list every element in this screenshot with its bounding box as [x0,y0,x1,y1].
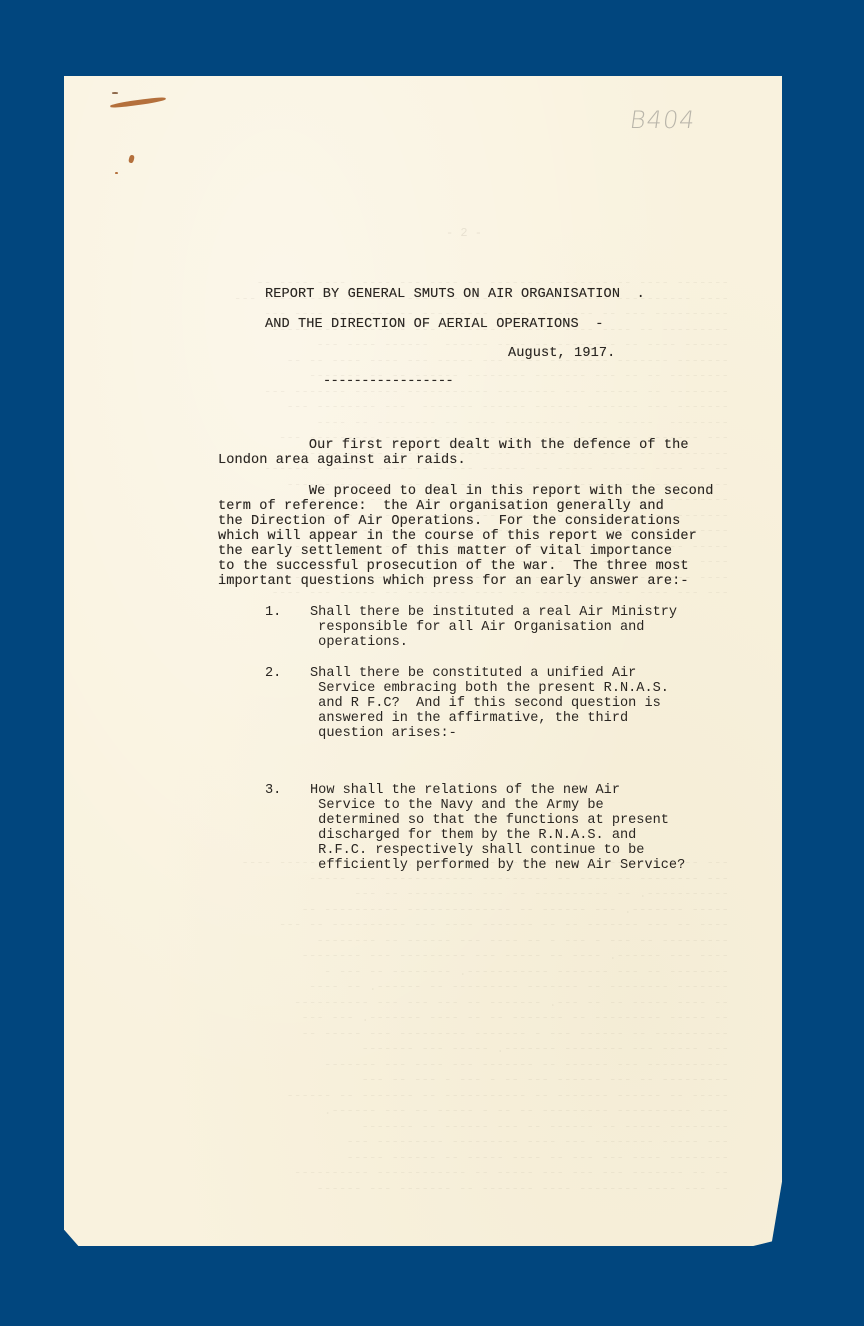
rust-stain [112,92,118,94]
rust-stain [110,96,166,109]
rust-stain [115,172,118,174]
title-divider: ----------------- [323,374,453,389]
rust-stain [128,154,135,163]
bleed-through-text: --- ------------ -- ----- ------ -------… [104,856,744,1201]
paragraph-second-term: We proceed to deal in this report with t… [218,484,713,589]
report-date: August, 1917. [508,346,615,361]
question-number: 2. [265,666,281,681]
question-text: Shall there be instituted a real Air Min… [310,605,677,650]
document-page: B404 - 2 - ------- ---- -- -------- ----… [64,76,782,1246]
report-title-line-1: REPORT BY GENERAL SMUTS ON AIR ORGANISAT… [265,287,645,302]
question-number: 3. [265,783,281,798]
archive-reference-mark: B404 [628,106,697,134]
question-number: 1. [265,605,281,620]
report-title-line-2: AND THE DIRECTION OF AERIAL OPERATIONS - [265,317,604,332]
bleed-through-page-number: - 2 - [446,226,482,240]
question-text: How shall the relations of the new Air S… [310,783,685,873]
question-text: Shall there be constituted a unified Air… [310,666,669,741]
paragraph-first-report: Our first report dealt with the defence … [218,438,689,468]
